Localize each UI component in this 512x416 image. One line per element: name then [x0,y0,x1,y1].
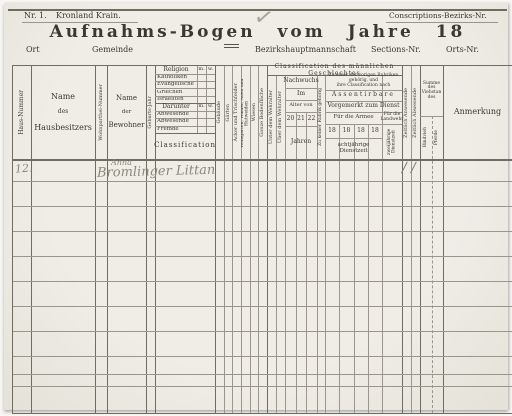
column-bewohner: Name der Bewohner [107,66,146,159]
column-zeitlich-anwesend: Zeitlich Anwesende [402,66,411,159]
nachwuchs-age-cell: 21 [296,112,306,126]
nachwuchs-line3: Jahren [285,126,317,159]
nachwuchs-line1: Im [285,88,317,100]
scanned-census-form: Nr. 1. Kronland Krain. Conscriptions-Bez… [0,0,512,416]
row-rule [13,281,512,282]
hausbesitzer-line2: des [58,109,68,115]
grid-rule [339,124,340,413]
landwehr-label: Für die Landwehr [382,112,402,124]
darunter-row: Anwesende [157,112,197,118]
grid-rule [354,124,355,413]
row-rule [13,256,512,257]
land-column-bodenflaeche: Ganze Bodenfläche [258,66,267,159]
pferde-label: Pferde [435,130,440,145]
row-rule [13,374,512,375]
armee-year-cell: 18 [354,124,368,138]
title-double-rule [224,44,239,48]
bewohner-line3: Bewohner [109,122,145,129]
darunter-title: Darunter [155,103,197,111]
ort-label: Ort [26,46,40,54]
classification-col-a: Unter dem Wehralter [267,75,276,159]
column-haus-nummer: Haus-Nummer [13,66,31,159]
classification-col-c-label: Zu keiner Rubrik gehörig [319,88,324,146]
landwehr-note-label: zweijährige Dienstzeit [388,124,397,159]
classification-word: Classification [155,133,215,159]
land-column-label: Gärten [226,104,231,122]
religion-col-w: w. [206,66,215,74]
nachwuchs-age-cell: 20 [285,112,296,126]
bewohner-line1: Name [116,95,137,102]
row-rule [13,306,512,307]
land-column-wiesen: Wiesen [250,66,258,159]
header-bottom-rule [13,159,512,161]
anmerkung-label: Anmerkung [443,66,512,159]
entry-tick: ∕ [402,160,407,176]
gehoerig-line2: ihre Classification nach [325,82,402,90]
religion-row: Katholiken [157,75,197,81]
row-rule [13,231,512,232]
landwehr-note: zweijährige Dienstzeit [382,124,402,159]
vorgemerkt-label: Vorgemerkt zum Dienst [325,101,402,112]
darunter-col-w: w. [206,103,215,111]
grid-rule [206,66,207,133]
row-rule [13,386,512,387]
religion-row: Griechen [157,90,197,96]
row-rule [13,356,512,357]
nachwuchs-title: Nachwuchs [285,75,317,88]
land-column-gebaeude: Gebäude [215,66,224,159]
zeitlich-anwesend-label: Zeitlich Anwesende [404,88,409,138]
armee-year-cell: 18 [339,124,354,138]
assentirbare-label: Assentirbare [325,90,402,101]
viehstand-col-rindvieh: Rindvieh [420,116,432,159]
form-table: Haus-Nummer Name des Hausbesitzers Wohnp… [12,65,512,414]
hausbesitzer-line3: Hausbesitzers [34,124,92,132]
rindvieh-label: Rindvieh [424,127,429,147]
entry-tick: ∕ [411,160,416,176]
nachwuchs-age-cell: 22 [306,112,317,126]
land-column-label: Weingärten, Wälder, Auen und Hutweiden [241,68,250,158]
row-rule [13,181,512,182]
entry-haus-nummer: 12. [15,161,33,175]
grid-rule [197,66,198,133]
armee-year-cell: 18 [368,124,382,138]
land-column-gaerten: Gärten [224,66,232,159]
religion-title: Religion [155,66,197,74]
haus-nummer-label: Haus-Nummer [19,90,25,135]
bewohner-line2: der [122,110,131,116]
bezirkshauptmannschaft-label: Bezirkshauptmannschaft [255,46,356,54]
classification-col-b: Über dem Wehralter [276,75,285,159]
grid-rule [155,88,215,89]
land-column-label: Äcker und Trischfelder [234,83,239,141]
sections-nr-label: Sections-Nr. [371,46,421,54]
wohnpartei-label: Wohnparthei-Nummer [99,84,104,141]
column-wohnpartei-nummer: Wohnparthei-Nummer [95,66,107,159]
classification-col-a-label: Unter dem Wehralter [269,90,274,144]
classification-col-b-label: Über dem Wehralter [278,91,283,143]
conscription-district-label: Conscriptions-Bezirks-Nr. [389,12,487,20]
entry-name-main: Bromlinger Littan [97,162,232,181]
geburtsjahr-label: Geburts-Jahr [148,96,153,129]
land-column-aecker: Äcker und Trischfelder [232,66,241,159]
form-number: Nr. 1. [24,12,47,20]
armee-note: achtjährige Dienstzeit [325,138,382,159]
row-rule [13,331,512,332]
land-column-label: Gebäude [217,101,222,124]
armee-year-cell: 18 [325,124,339,138]
gemeinde-label: Gemeinde [92,46,133,54]
land-column-label: Wiesen [252,103,257,121]
darunter-row: Abwesende [157,119,197,125]
viehstand-col-pferde: Pferde [432,116,443,159]
column-zeitlich-abwesend: Zeitlich Abwesende [411,66,420,159]
grid-rule [368,124,369,413]
land-column-label: Ganze Bodenfläche [260,88,265,137]
orts-nr-label: Orts-Nr. [446,46,479,54]
column-hausbesitzer: Name des Hausbesitzers [31,66,95,159]
kronland-label: Kronland Krain. [56,12,121,20]
nachwuchs-line2: Alter von [285,100,317,112]
religion-col-m: m. [197,66,206,74]
land-column-weingaerten: Weingärten, Wälder, Auen und Hutweiden [241,66,250,159]
armee-label: Für die Armee [325,112,382,124]
classification-col-c: Zu keiner Rubrik gehörig [317,75,325,159]
hausbesitzer-line1: Name [51,93,75,101]
religion-row: Evangelische [157,82,197,88]
viehstand-title: Summe des Viehstandes [420,66,443,116]
darunter-col-m: m. [197,103,206,111]
zeitlich-abwesend-label: Zeitlich Abwesende [413,88,418,138]
paper-sheet: Nr. 1. Kronland Krain. Conscriptions-Bez… [4,3,508,410]
row-rule [13,206,512,207]
